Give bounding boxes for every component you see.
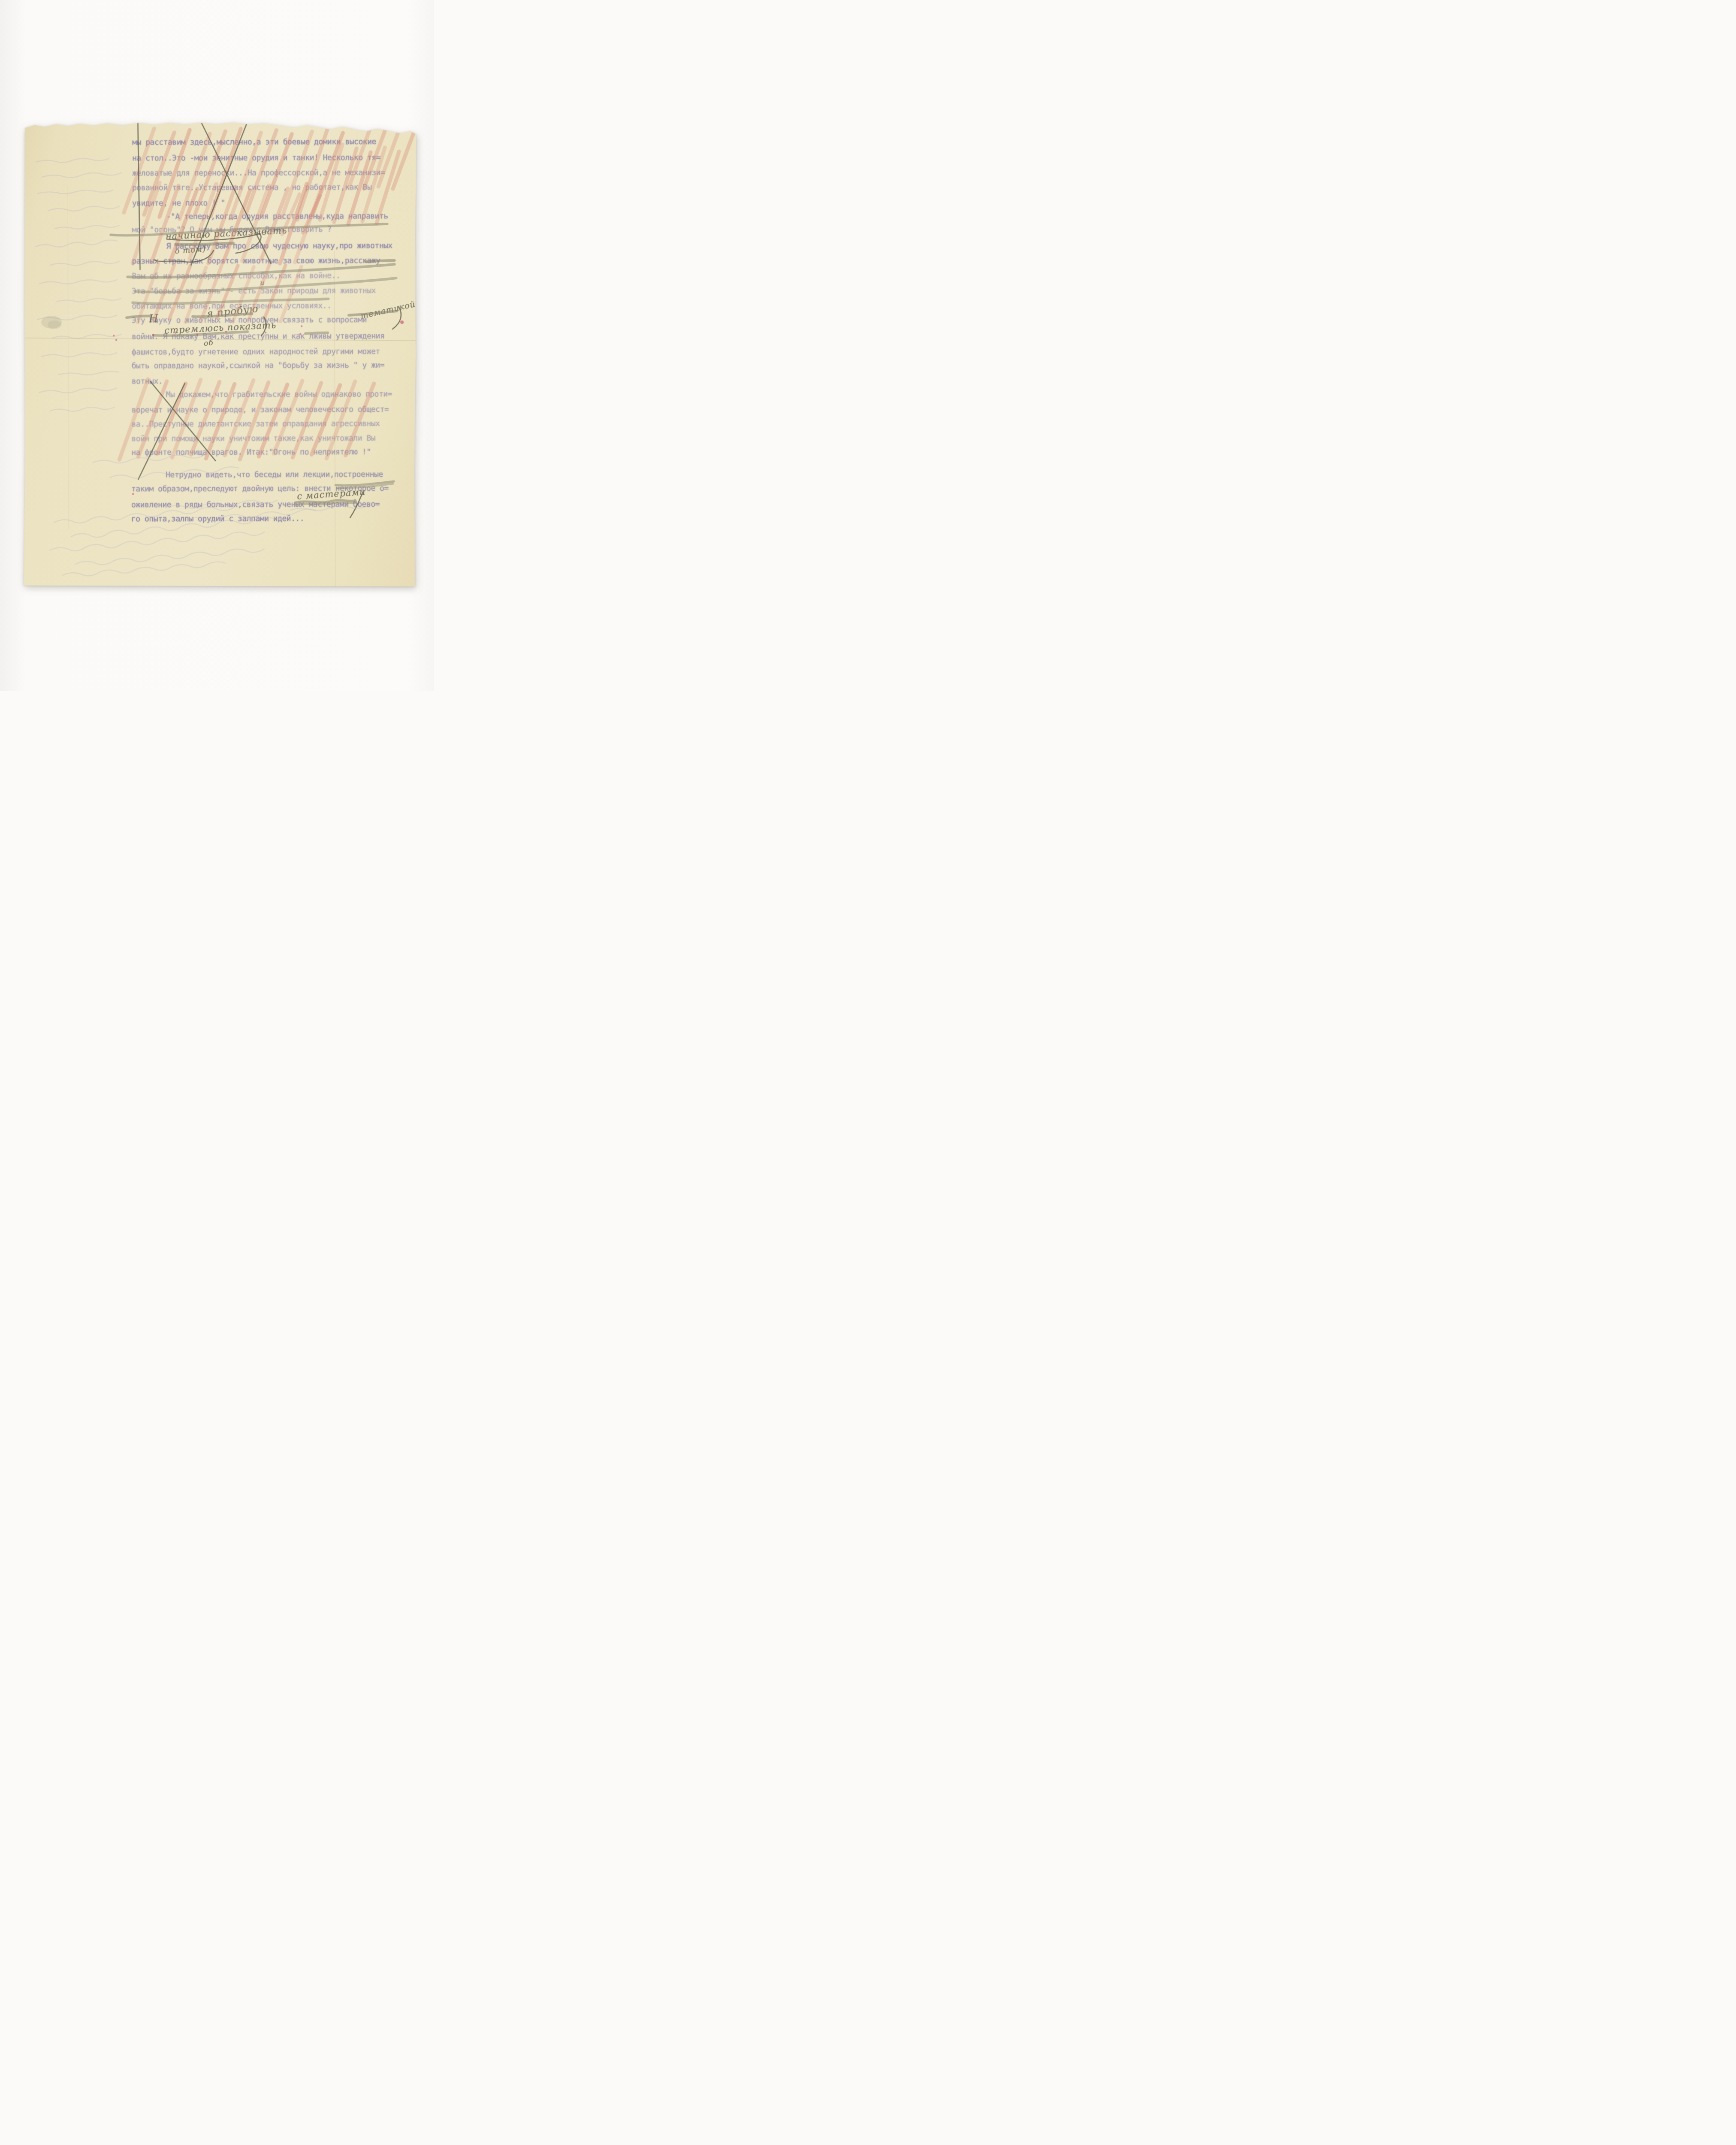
typed-line: мы расставим здесь,мысленно,а эти боевые… [132,138,376,146]
typed-line: быть оправдано наукой,ссылкой на "борьбу… [132,362,384,370]
typed-line: ва..Преступные дилетантские затеи оправд… [132,420,380,429]
typed-line: рованной тяге..Устаревшая система , но р… [132,184,371,192]
typed-line: Мы докажем,что грабительские войны одина… [166,390,392,399]
handwritten-annotation-capital-n: Н [149,312,159,325]
typed-line: на стол..Это -мои зенитные орудия и танк… [132,154,380,163]
typed-line: воречат и науке о природе, и законам чел… [132,406,389,414]
typed-line: фашистов,будто угнетение одних народност… [132,348,380,356]
typed-text-block: мы расставим здесь,мысленно,а эти боевые… [25,121,416,122]
typed-line: вотных. [132,378,163,385]
typed-line: оживление в ряды больных,связать ученых … [131,501,380,509]
typed-line: Нетрудно видеть,что беседы или лекции,по… [166,471,383,479]
typed-line: войн при помощи науки уничтожим также,ка… [131,435,375,443]
typed-line: разных стран,как борятся животные за сво… [132,257,380,266]
typed-line: желоватые для переноски...На профессорск… [132,169,385,178]
handwritten-annotation-o-tom: о том) [175,245,206,256]
typed-line: го опыта,залпы орудий с залпами идей... [131,515,304,523]
paper-shadow-wrap: мы расставим здесь,мысленно,а эти боевые… [24,121,417,586]
typed-line: увидите, не плохо ! " [132,199,225,208]
handwritten-annotation-i-insert: и [260,279,265,287]
manuscript-page: мы расставим здесь,мысленно,а эти боевые… [24,121,417,586]
handwritten-annotation-tematikoy: тематикой [359,299,416,321]
typed-line: Вам об их разнообразных способах,как на … [132,272,340,280]
typed-line: на фронте полчища врагов. Итак:"Огонь по… [131,448,371,456]
typed-line: -"А теперь,когда орудия расставлены,куда… [166,212,388,221]
handwritten-annotation-ob-insert: об [203,338,214,348]
typed-line: Эта "борьба за жизнь" - есть закон приро… [132,287,376,295]
scanner-background: мы расставим здесь,мысленно,а эти боевые… [0,0,434,691]
